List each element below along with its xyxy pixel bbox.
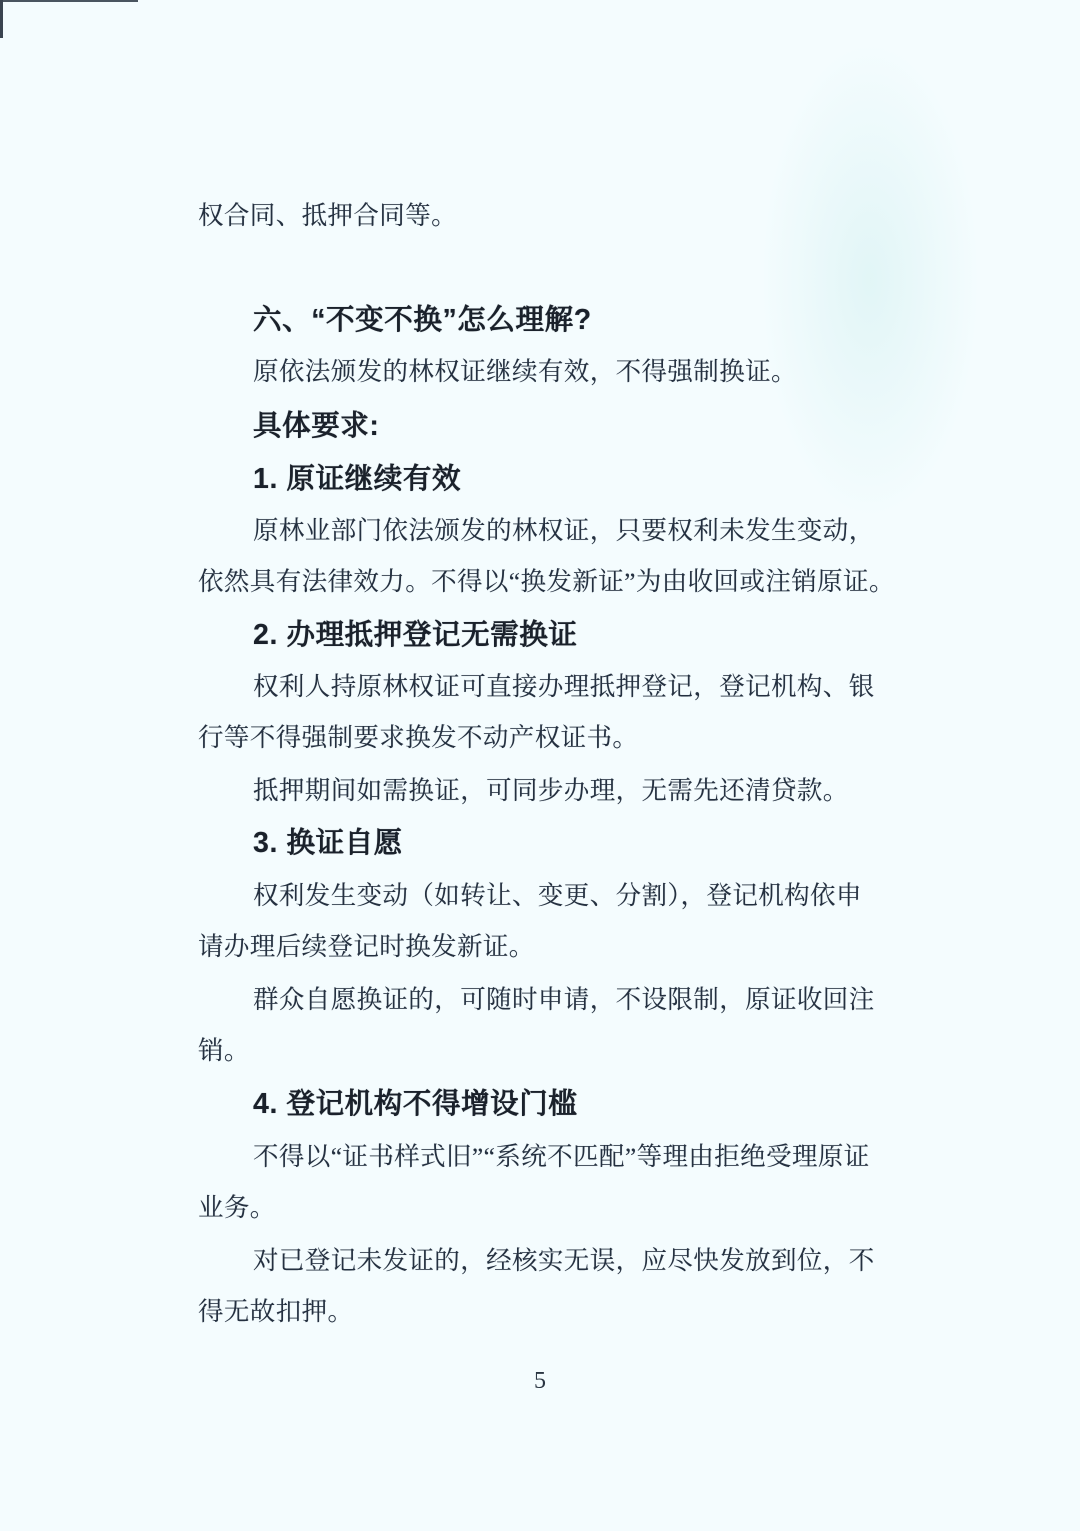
subheading-item-1: 1. 原证继续有效 — [253, 462, 461, 498]
paragraph-line: 依然具有法律效力。不得以“换发新证”为由收回或注销原证。 — [198, 566, 895, 598]
paragraph-line: 群众自愿换证的，可随时申请，不设限制，原证收回注 — [253, 984, 875, 1016]
subheading-item-2: 2. 办理抵押登记无需换证 — [253, 618, 578, 654]
page-number: 5 — [0, 1368, 1080, 1395]
paragraph-line: 原依法颁发的林权证继续有效，不得强制换证。 — [253, 356, 797, 388]
subheading-item-3: 3. 换证自愿 — [253, 826, 403, 862]
paragraph-line: 原林业部门依法颁发的林权证，只要权利未发生变动， — [253, 515, 875, 547]
subheading-item-4: 4. 登记机构不得增设门槛 — [253, 1087, 578, 1123]
paragraph-line: 请办理后续登记时换发新证。 — [198, 931, 535, 963]
paragraph-continuation-line: 权合同、抵押合同等。 — [198, 200, 457, 232]
paragraph-line: 对已登记未发证的，经核实无误，应尽快发放到位，不 — [253, 1245, 875, 1277]
paragraph-line: 业务。 — [198, 1192, 276, 1224]
paragraph-line: 抵押期间如需换证，可同步办理，无需先还清贷款。 — [253, 775, 849, 807]
document-page: 权合同、抵押合同等。 六、“不变不换”怎么理解? 原依法颁发的林权证继续有效，不… — [0, 0, 1080, 1531]
paragraph-line: 不得以“证书样式旧”“系统不匹配”等理由拒绝受理原证 — [253, 1141, 870, 1173]
section-heading-six: 六、“不变不换”怎么理解? — [253, 303, 592, 339]
paragraph-line: 权利人持原林权证可直接办理抵押登记，登记机构、银 — [253, 671, 875, 703]
scan-edge-artifact-top — [0, 0, 138, 2]
paragraph-line: 销。 — [198, 1035, 250, 1067]
subheading-specific-requirements: 具体要求: — [253, 409, 380, 445]
paragraph-line: 行等不得强制要求换发不动产权证书。 — [198, 722, 638, 754]
paragraph-line: 权利发生变动（如转让、变更、分割），登记机构依申 — [253, 880, 862, 912]
scan-edge-artifact-left — [0, 0, 3, 38]
paragraph-line: 得无故扣押。 — [198, 1296, 353, 1328]
